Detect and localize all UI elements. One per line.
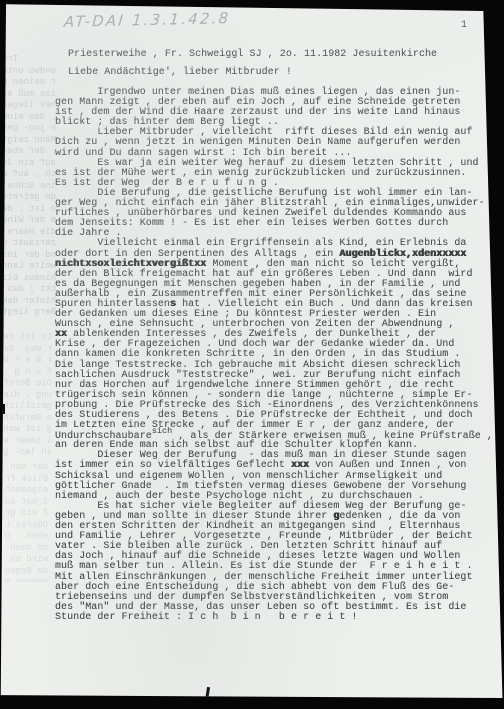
scan-artifact-bottom [205,687,210,701]
scan-background: Irgendwo unter meinen Dias muß eines lie… [0,0,504,709]
page-number: 1 [461,20,467,31]
bleed-through-text: der den Blick freigemacht hat auf ein gr… [2,462,48,582]
document-page: Irgendwo unter meinen Dias muß eines lie… [0,0,504,709]
archive-annotation: AT-DAI 1.3.1.42.8 [63,9,231,31]
scan-artifact-left [0,404,5,414]
document-title: Priesterweihe , Fr. Schweiggl SJ , 2o. 1… [68,50,493,60]
overstruck-correction: nichtxsoxleichtxvergißtxx [55,259,206,270]
typed-content: Priesterweihe , Fr. Schweiggl SJ , 2o. 1… [55,50,493,623]
bleed-through-text: Irgendwo unter meinen Dias muß eines lie… [2,54,56,324]
overstruck-correction: xxx [291,460,309,471]
document-body: Irgendwo unter meinen Dias muß eines lie… [55,88,493,623]
overstruck-correction: Augenblickx,xdenxxxxx [339,249,466,260]
text-line: muß man selber tun . Allein. Es ist die … [55,562,493,572]
salutation: Liebe Andächtige', lieber Mitbruder ! [68,68,493,78]
bleed-through-text: Es ist der Weg der B e r u f u n g . Die… [2,332,52,457]
text-line: im Letzten eine Strecke , auf der immer … [55,421,493,431]
text-line: Stunde der Freiheit : I c h b i n b e r … [55,613,493,623]
inserted-word: sich [152,426,172,436]
